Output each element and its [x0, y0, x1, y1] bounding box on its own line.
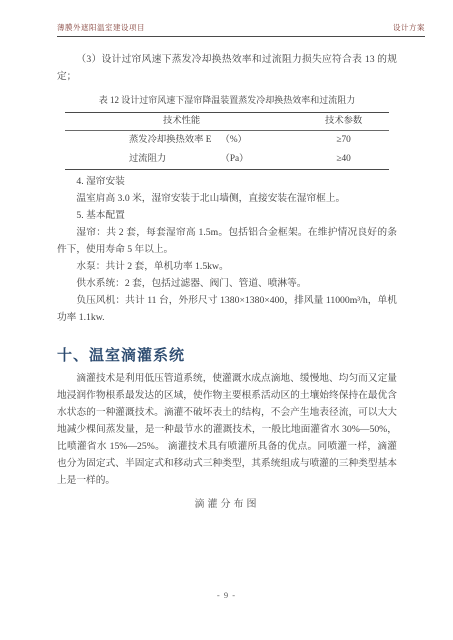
page-header: 薄膜外遮阳温室建设项目 设计方案 — [57, 22, 425, 37]
table-header-performance: 技术性能 — [65, 113, 298, 131]
header-doc-type: 设计方案 — [393, 22, 425, 33]
table-cell-unit: （Pa） — [221, 150, 299, 170]
section-10-paragraph: 滴灌技术是利用低压管道系统，使灌溉水成点滴地、缓慢地、均匀而又定量地浸润作物根系… — [57, 370, 397, 489]
clause-3-text: （3）设计过帘风速下蒸发冷却换热效率和过流阻力损失应符合表 13 的规定； — [57, 51, 397, 85]
config-item-water-supply: 供水系统：2 套，包括过滤器、阀门、管道、喷淋等。 — [57, 275, 397, 292]
table-cell-unit: （%） — [221, 131, 299, 151]
table-cell-name: 蒸发冷却换热效率 E — [65, 131, 221, 151]
document-page: 薄膜外遮阳温室建设项目 设计方案 （3）设计过帘风速下蒸发冷却换热效率和过流阻力… — [0, 0, 453, 640]
header-project-title: 薄膜外遮阳温室建设项目 — [57, 22, 145, 33]
table-cell-name: 过流阻力 — [65, 150, 221, 170]
subsection-4-title: 4. 湿帘安装 — [57, 173, 397, 190]
table-cell-value: ≥70 — [298, 131, 389, 151]
config-item-exhaust-fan: 负压风机：共计 11 台，外形尺寸 1380×1380×400，排风量 1100… — [57, 292, 397, 326]
subsection-5-title: 5. 基本配置 — [57, 207, 397, 224]
table-row: 蒸发冷却换热效率 E （%） ≥70 — [65, 131, 389, 151]
table-header-parameter: 技术参数 — [298, 113, 389, 131]
table-cell-value: ≥40 — [298, 150, 389, 170]
subsection-4-body: 温室肩高 3.0 米，湿帘安装于北山墙侧，直接安装在湿帘框上。 — [57, 190, 397, 207]
spec-table-12: 技术性能 技术参数 蒸发冷却换热效率 E （%） ≥70 过流阻力 （Pa） ≥… — [65, 112, 389, 170]
table-header-row: 技术性能 技术参数 — [65, 113, 389, 131]
page-number: - 9 - — [0, 590, 453, 600]
config-item-wet-curtain: 湿帘：共 2 套，每套湿帘高 1.5m。包括铝合金框架。在维护情况良好的条件下，… — [57, 224, 397, 258]
table-row: 过流阻力 （Pa） ≥40 — [65, 150, 389, 170]
section-10-heading: 十、温室滴灌系统 — [57, 348, 397, 365]
table-12-caption: 表 12 设计过帘风速下湿帘降温装置蒸发冷却换热效率和过流阻力 — [57, 92, 397, 109]
config-item-water-pump: 水泵：共计 2 套，单机功率 1.5kw。 — [57, 258, 397, 275]
figure-caption-drip-irrigation: 滴灌分布图 — [57, 496, 397, 513]
document-content: （3）设计过帘风速下蒸发冷却换热效率和过流阻力损失应符合表 13 的规定； 表 … — [57, 51, 397, 513]
